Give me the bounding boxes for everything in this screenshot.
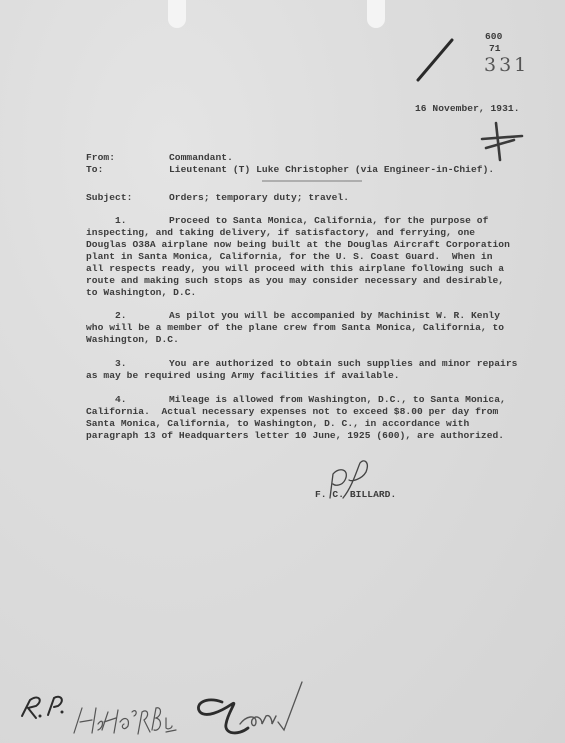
handwritten-marks (0, 0, 565, 743)
signature-initials (330, 461, 367, 498)
bottom-handwriting (22, 682, 302, 734)
document-page: 600 71 331 16 November, 1931. From: Comm… (0, 0, 565, 743)
hash-mark (482, 123, 522, 160)
pen-slash-mark (418, 40, 452, 80)
